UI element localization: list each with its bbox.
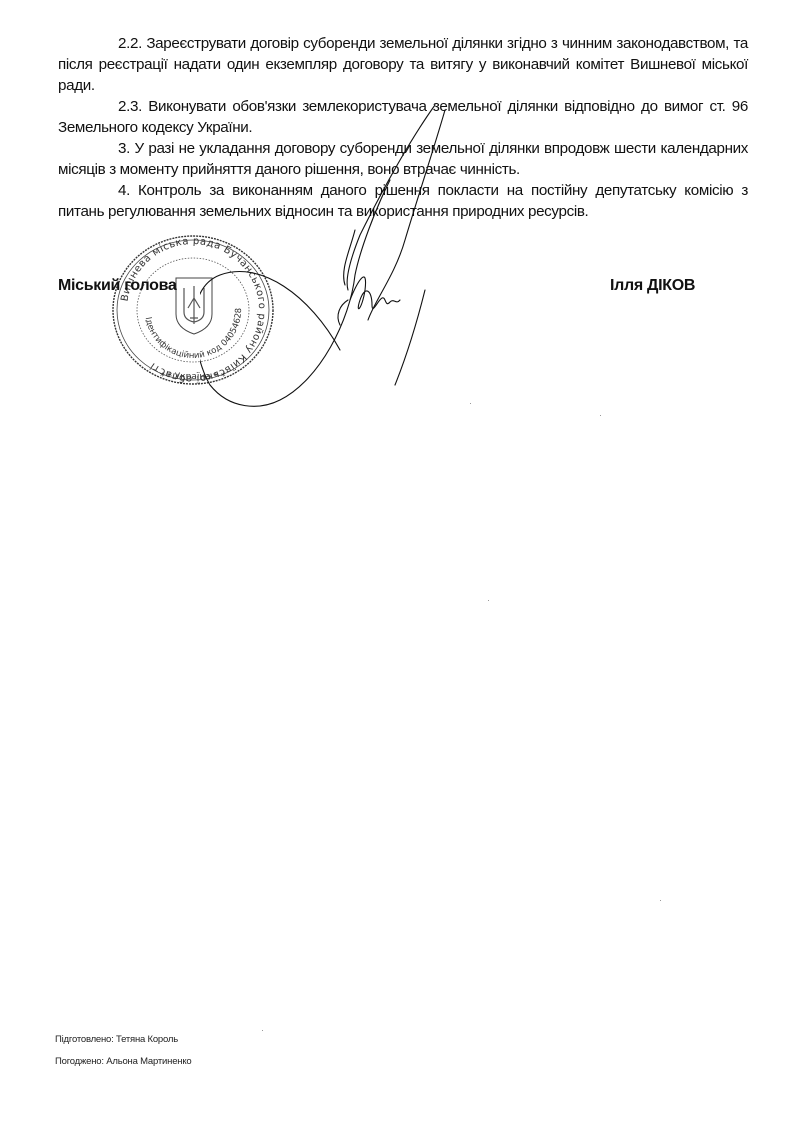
scan-speck xyxy=(262,1030,263,1031)
document-page: 2.2. Зареєструвати договір суборенди зем… xyxy=(0,0,800,1133)
paragraph-4: 4. Контроль за виконанням даного рішення… xyxy=(58,180,748,222)
agreed-by: Погоджено: Альона Мартиненко xyxy=(55,1056,191,1067)
paragraph-2-3: 2.3. Виконувати обов'язки землекористува… xyxy=(58,96,748,138)
scan-speck xyxy=(488,600,489,601)
scan-speck xyxy=(660,900,661,901)
signatory-name: Ілля ДІКОВ xyxy=(610,277,695,295)
paragraph-3: 3. У разі не укладання договору суборенд… xyxy=(58,138,748,180)
signatory-title: Міський голова xyxy=(58,277,177,295)
stamp-bottom-text: * * Україна * * xyxy=(160,372,226,382)
svg-text:Ідентифікаційний код 04054628: Ідентифікаційний код 04054628 xyxy=(143,308,244,361)
prepared-by: Підготовлено: Тетяна Король xyxy=(55,1034,178,1045)
scan-speck xyxy=(600,415,601,416)
official-stamp: Вишнева міська рада Бучанського району К… xyxy=(108,233,278,388)
scan-speck xyxy=(470,403,471,404)
decision-body: 2.2. Зареєструвати договір суборенди зем… xyxy=(58,33,748,222)
trident-icon xyxy=(176,278,212,334)
paragraph-2-2: 2.2. Зареєструвати договір суборенди зем… xyxy=(58,33,748,96)
